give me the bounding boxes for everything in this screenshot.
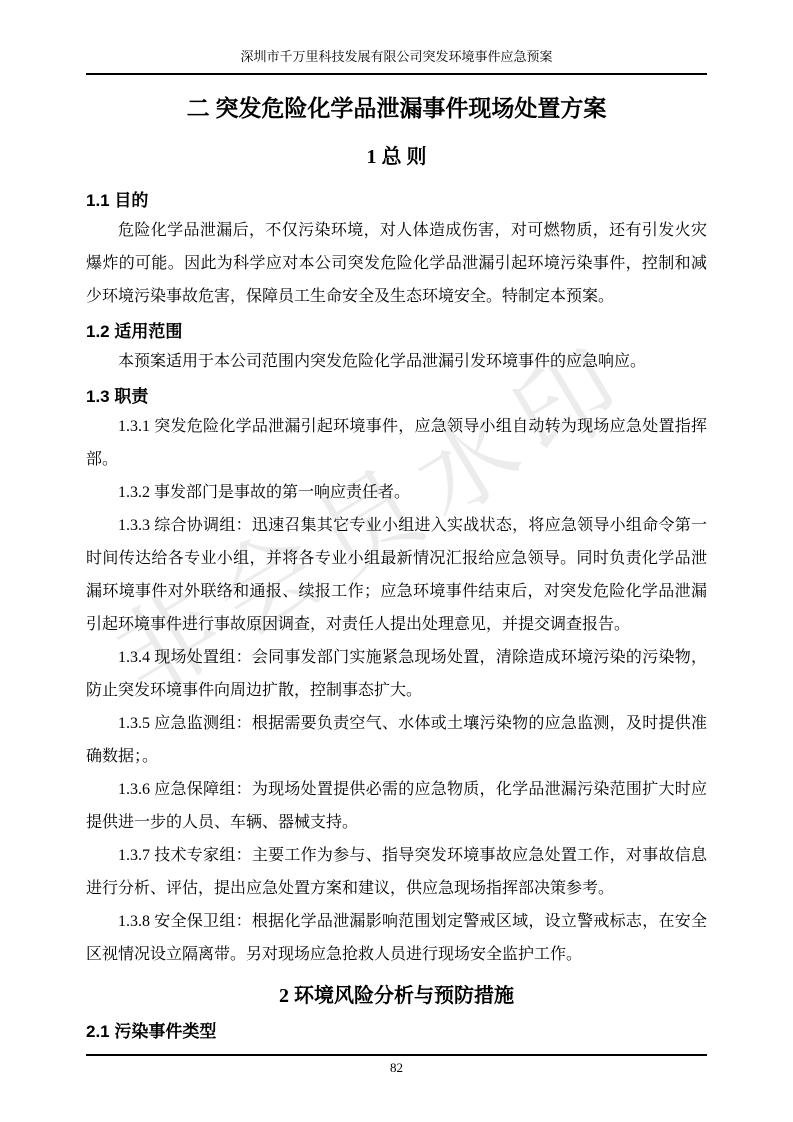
section-1-1-heading: 1.1 目的 <box>86 188 707 214</box>
page-header: 深圳市千万里科技发展有限公司突发环境事件应急预案 <box>86 0 707 75</box>
page-footer: 82 <box>86 1054 707 1076</box>
clause-1-3-2: 1.3.2 事发部门是事故的第一响应责任者。 <box>86 476 707 509</box>
clause-1-3-6: 1.3.6 应急保障组：为现场处置提供必需的应急物质，化学品泄漏污染范围扩大时应… <box>86 773 707 839</box>
chapter-heading: 二 突发危险化学品泄漏事件现场处置方案 <box>86 94 707 124</box>
document-page: { "header": { "running_title": "深圳市千万里科技… <box>0 0 793 1122</box>
clause-1-3-5: 1.3.5 应急监测组：根据需要负责空气、水体或土壤污染物的应急监测，及时提供准… <box>86 707 707 773</box>
clause-1-3-1: 1.3.1 突发危险化学品泄漏引起环境事件，应急领导小组自动转为现场应急处置指挥… <box>86 410 707 476</box>
section-1-heading: 1 总 则 <box>86 142 707 172</box>
clause-1-3-3: 1.3.3 综合协调组：迅速召集其它专业小组进入实战状态，将应急领导小组命令第一… <box>86 509 707 641</box>
section-1-2-heading: 1.2 适用范围 <box>86 319 707 345</box>
page-number: 82 <box>390 1060 403 1075</box>
section-1-2-paragraph: 本预案适用于本公司范围内突发危险化学品泄漏引发环境事件的应急响应。 <box>86 345 707 378</box>
section-2-1-heading: 2.1 污染事件类型 <box>86 1019 707 1045</box>
section-2-heading: 2 环境风险分析与预防措施 <box>86 981 707 1011</box>
clause-1-3-4: 1.3.4 现场处置组：会同事发部门实施紧急现场处置，清除造成环境污染的污染物，… <box>86 641 707 707</box>
document-body: 二 突发危险化学品泄漏事件现场处置方案 1 总 则 1.1 目的 危险化学品泄漏… <box>86 84 707 1045</box>
section-1-3-heading: 1.3 职责 <box>86 384 707 410</box>
section-1-1-paragraph: 危险化学品泄漏后，不仅污染环境，对人体造成伤害，对可燃物质，还有引发火灾爆炸的可… <box>86 214 707 313</box>
clause-1-3-8: 1.3.8 安全保卫组：根据化学品泄漏影响范围划定警戒区域，设立警戒标志，在安全… <box>86 905 707 971</box>
clause-1-3-7: 1.3.7 技术专家组：主要工作为参与、指导突发环境事故应急处置工作，对事故信息… <box>86 839 707 905</box>
running-title: 深圳市千万里科技发展有限公司突发环境事件应急预案 <box>240 49 552 64</box>
